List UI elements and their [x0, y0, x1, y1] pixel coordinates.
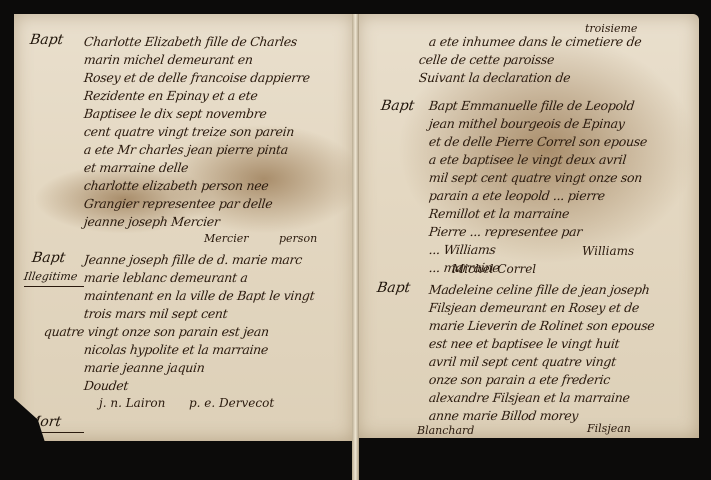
text-line: Rezidente en Epinay et a ete: [83, 88, 258, 103]
text-line: Grangier representee par delle: [83, 196, 273, 211]
signature: Blanchard: [417, 424, 474, 437]
right-page: troisieme a ete inhumee dans le cimetier…: [357, 14, 699, 438]
text-line: anne marie Billod morey: [428, 408, 579, 423]
text-line: marie jeanne jaquin: [83, 360, 205, 375]
book-gutter: [352, 14, 359, 480]
signature: Williams: [582, 244, 634, 258]
text-line: celle de cette paroisse: [418, 52, 555, 67]
text-line: a ete inhumee dans le cimetiere de: [428, 34, 642, 49]
signature: j. n. Lairon: [99, 396, 165, 410]
text-line: charlotte elizabeth person nee: [83, 178, 269, 193]
text-line: ... Williams: [428, 242, 496, 257]
text-line: Remillot et la marraine: [428, 206, 570, 221]
text-line: Doudet: [83, 378, 129, 393]
signature: p. e. Dervecot: [189, 396, 274, 410]
text-line: est nee et baptisee le vingt huit: [428, 336, 620, 351]
signature: Filsjean: [587, 422, 631, 435]
text-line: avril mil sept cent quatre vingt: [428, 354, 617, 369]
text-line: Pierre ... representee par: [428, 224, 583, 239]
margin-rule: [24, 286, 84, 287]
margin-label-bapt-1: Bapt: [29, 32, 64, 48]
text-line: a ete Mr charles jean pierre pinta: [83, 142, 289, 157]
text-line: et marraine delle: [83, 160, 189, 175]
text-line: Rosey et de delle francoise dappierre: [83, 70, 310, 85]
text-line: Baptisee le dix sept novembre: [83, 106, 267, 121]
text-line: quatre vingt onze son parain est jean: [43, 324, 269, 339]
text-line: Bapt Emmanuelle fille de Leopold: [428, 98, 635, 113]
text-line: parain a ete leopold ... pierre: [428, 188, 605, 203]
text-line: maintenant en la ville de Bapt le vingt: [83, 288, 315, 303]
text-line: Jeanne joseph fille de d. marie marc: [83, 252, 303, 267]
margin-label-bapt-3: Bapt: [380, 98, 415, 114]
text-line: Suivant la declaration de: [418, 70, 571, 85]
margin-rule: [29, 432, 84, 433]
margin-label-bapt-4: Bapt: [376, 280, 411, 296]
text-line: marie Lieverin de Rolinet son epouse: [428, 318, 655, 333]
text-line: nicolas hypolite et la marraine: [83, 342, 269, 357]
signature: Mercier: [204, 232, 248, 245]
margin-note-illegitime: Illegitime: [23, 270, 78, 283]
text-line: a ete baptisee le vingt deux avril: [428, 152, 627, 167]
text-line: mil sept cent quatre vingt onze son: [428, 170, 643, 185]
text-line: onze son parain a ete frederic: [428, 372, 611, 387]
signature: person: [279, 232, 317, 245]
text-line: cent quatre vingt treize son parein: [83, 124, 295, 139]
text-line: alexandre Filsjean et la marraine: [428, 390, 630, 405]
text-line: Filsjean demeurant en Rosey et de: [428, 300, 640, 315]
text-line: jeanne joseph Mercier: [83, 214, 220, 229]
text-line: jean mithel bourgeois de Epinay: [428, 116, 625, 131]
margin-label-bapt-2: Bapt: [31, 250, 66, 266]
text-line: marie leblanc demeurant a: [83, 270, 248, 285]
text-line: Madeleine celine fille de jean joseph: [428, 282, 650, 297]
left-page: Bapt Charlotte Elizabeth fille de Charle…: [14, 14, 354, 441]
text-line: marin michel demeurant en: [83, 52, 253, 67]
text-line: Charlotte Elizabeth fille de Charles: [83, 34, 298, 49]
margin-label-mort: Mort: [25, 414, 62, 430]
text-line: trois mars mil sept cent: [83, 306, 228, 321]
signature: Michel Correl: [452, 262, 536, 276]
text-line: et de delle Pierre Correl son epouse: [428, 134, 648, 149]
